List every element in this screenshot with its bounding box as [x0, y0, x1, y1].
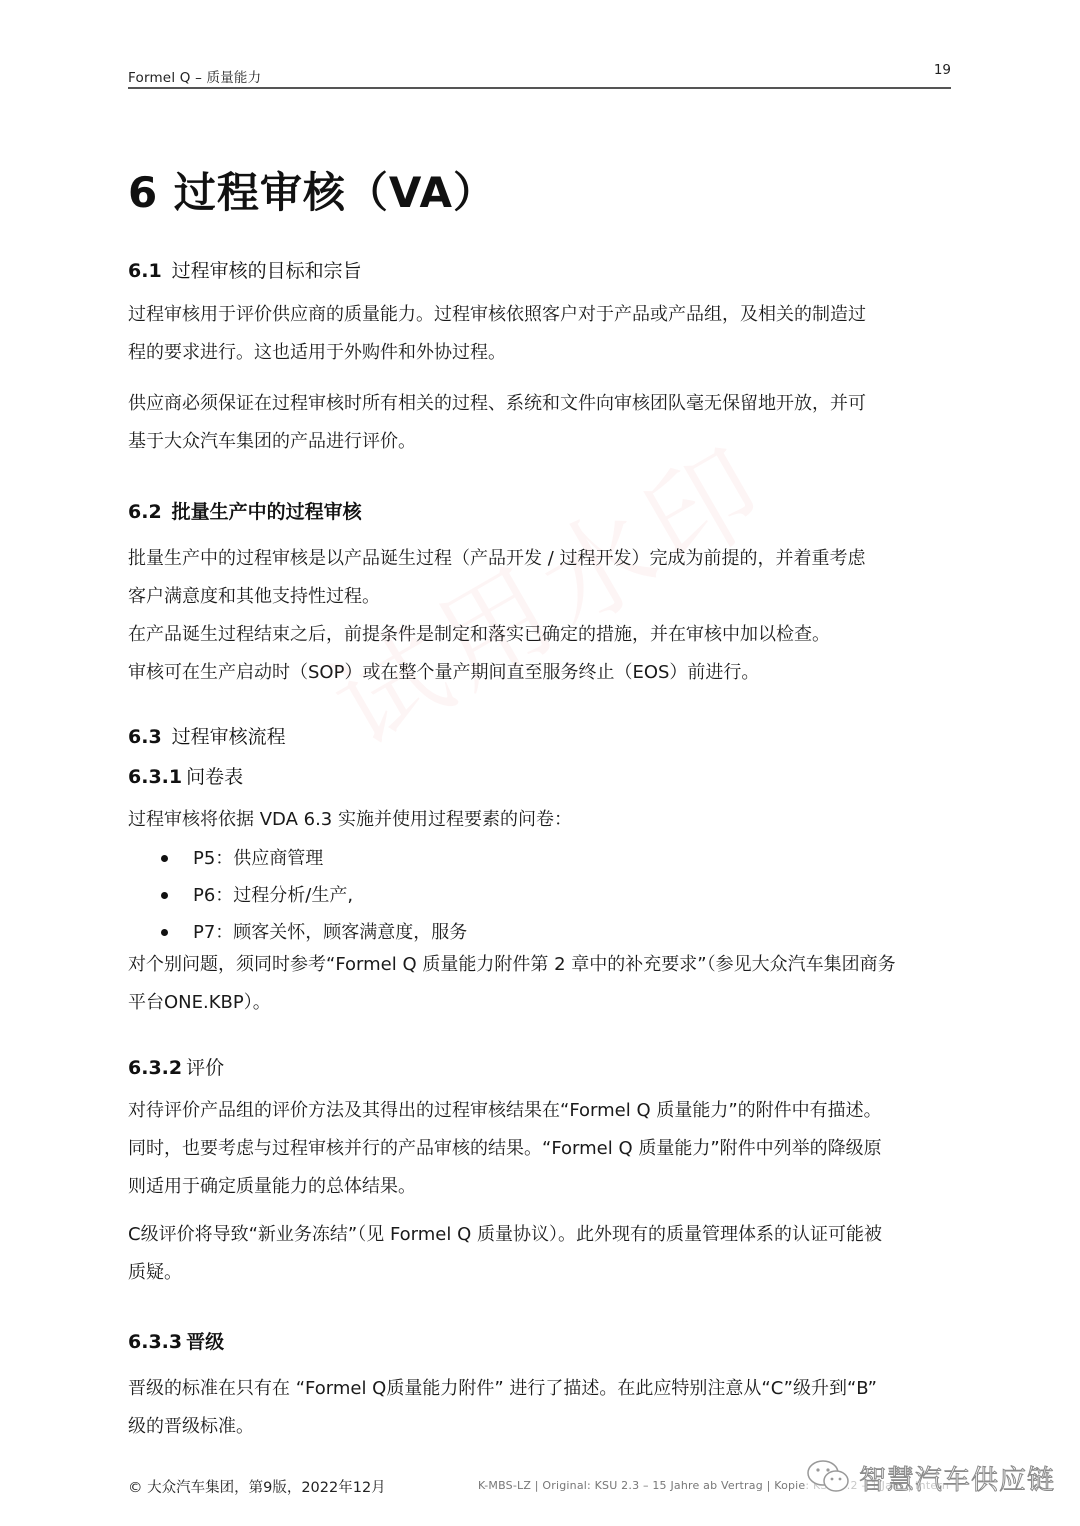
text-line: 程的要求进行。这也适用于外购件和外协过程。 [128, 334, 958, 372]
wechat-account-overlay: 智慧汽车供应链 [805, 1455, 1055, 1499]
section-number: 6.3.3 [128, 1331, 182, 1353]
section-number: 6.3.2 [128, 1057, 182, 1079]
text-line: 过程审核将依据 VDA 6.3 实施并使用过程要素的问卷： [128, 801, 958, 839]
paragraph-6-3-1-note: 对个别问题，须同时参考“Formel Q 质量能力附件第 2 章中的补充要求”（… [128, 946, 958, 1022]
text-line: 在产品诞生过程结束之后，前提条件是制定和落实已确定的措施，并在审核中加以检查。 [128, 616, 958, 654]
questionnaire-elements-list: P5：供应商管理 P6：过程分析/生产, P7：顾客关怀，顾客满意度，服务 [128, 840, 928, 951]
text-line: 晋级的标准在只有在 “Formel Q质量能力附件” 进行了描述。在此应特别注意… [128, 1370, 958, 1408]
paragraph-6-3-1-intro: 过程审核将依据 VDA 6.3 实施并使用过程要素的问卷： [128, 801, 958, 839]
text-line: 则适用于确定质量能力的总体结果。 [128, 1168, 958, 1206]
list-item-text: P6：过程分析/生产, [193, 877, 353, 914]
account-name: 智慧汽车供应链 [859, 1458, 1055, 1497]
section-heading-6-3: 6.3过程审核流程 [128, 722, 286, 749]
text-line: 基于大众汽车集团的产品进行评价。 [128, 423, 958, 461]
bullet-icon [161, 855, 168, 862]
section-title: 晋级 [186, 1331, 224, 1353]
text-line: 对待评价产品组的评价方法及其得出的过程审核结果在“Formel Q 质量能力”的… [128, 1092, 958, 1130]
text-line: 批量生产中的过程审核是以产品诞生过程（产品开发 / 过程开发）完成为前提的，并着… [128, 540, 958, 578]
section-heading-6-3-2: 6.3.2评价 [128, 1053, 224, 1080]
chapter-title: 6 过程审核（VA） [128, 160, 496, 220]
section-heading-6-3-3: 6.3.3晋级 [128, 1327, 224, 1354]
document-page: 试用水印 Formel Q – 质量能力 19 6 过程审核（VA） 6.1过程… [0, 0, 1080, 1526]
section-title: 评价 [186, 1057, 224, 1079]
text-line: 审核可在生产启动时（SOP）或在整个量产期间直至服务终止（EOS）前进行。 [128, 654, 958, 692]
text-line: 过程审核用于评价供应商的质量能力。过程审核依照客户对于产品或产品组，及相关的制造… [128, 296, 958, 334]
section-number: 6.2 [128, 501, 162, 523]
section-number: 6.1 [128, 260, 162, 282]
bullet-icon [161, 892, 168, 899]
wechat-icon [805, 1459, 853, 1495]
list-item-text: P5：供应商管理 [193, 840, 323, 877]
paragraph-6-1-purpose: 过程审核用于评价供应商的质量能力。过程审核依照客户对于产品或产品组，及相关的制造… [128, 296, 958, 372]
header-title: Formel Q – 质量能力 [128, 66, 261, 86]
text-line: 对个别问题，须同时参考“Formel Q 质量能力附件第 2 章中的补充要求”（… [128, 946, 958, 984]
text-line: 级的晋级标准。 [128, 1408, 958, 1446]
section-title: 过程审核的目标和宗旨 [172, 260, 362, 282]
paragraph-6-2: 批量生产中的过程审核是以产品诞生过程（产品开发 / 过程开发）完成为前提的，并着… [128, 540, 958, 692]
section-number: 6.3 [128, 726, 162, 748]
footer-copyright: © 大众汽车集团，第9版，2022年12月 [128, 1476, 386, 1497]
section-title: 过程审核流程 [172, 726, 286, 748]
section-heading-6-2: 6.2批量生产中的过程审核 [128, 497, 362, 524]
header-divider [128, 87, 951, 89]
paragraph-6-3-3-upgrade: 晋级的标准在只有在 “Formel Q质量能力附件” 进行了描述。在此应特别注意… [128, 1370, 958, 1446]
text-line: 质疑。 [128, 1254, 958, 1292]
list-item-p5: P5：供应商管理 [128, 840, 928, 877]
page-number: 19 [934, 62, 951, 78]
section-title: 批量生产中的过程审核 [172, 501, 362, 523]
list-item-p6: P6：过程分析/生产, [128, 877, 928, 914]
section-title: 问卷表 [186, 766, 243, 788]
running-header: Formel Q – 质量能力 19 [128, 62, 951, 88]
text-line: 同时，也要考虑与过程审核并行的产品审核的结果。“Formel Q 质量能力”附件… [128, 1130, 958, 1168]
paragraph-6-1-supplier: 供应商必须保证在过程审核时所有相关的过程、系统和文件向审核团队毫无保留地开放，并… [128, 385, 958, 461]
paragraph-6-3-2-c-rating: C级评价将导致“新业务冻结”（见 Formel Q 质量协议）。此外现有的质量管… [128, 1216, 958, 1292]
section-heading-6-3-1: 6.3.1问卷表 [128, 762, 243, 789]
text-line: 平台ONE.KBP）。 [128, 984, 958, 1022]
text-line: 供应商必须保证在过程审核时所有相关的过程、系统和文件向审核团队毫无保留地开放，并… [128, 385, 958, 423]
section-heading-6-1: 6.1过程审核的目标和宗旨 [128, 256, 362, 283]
text-line: 客户满意度和其他支持性过程。 [128, 578, 958, 616]
section-number: 6.3.1 [128, 766, 182, 788]
bullet-icon [161, 929, 168, 936]
paragraph-6-3-2-evaluation: 对待评价产品组的评价方法及其得出的过程审核结果在“Formel Q 质量能力”的… [128, 1092, 958, 1206]
text-line: C级评价将导致“新业务冻结”（见 Formel Q 质量协议）。此外现有的质量管… [128, 1216, 958, 1254]
